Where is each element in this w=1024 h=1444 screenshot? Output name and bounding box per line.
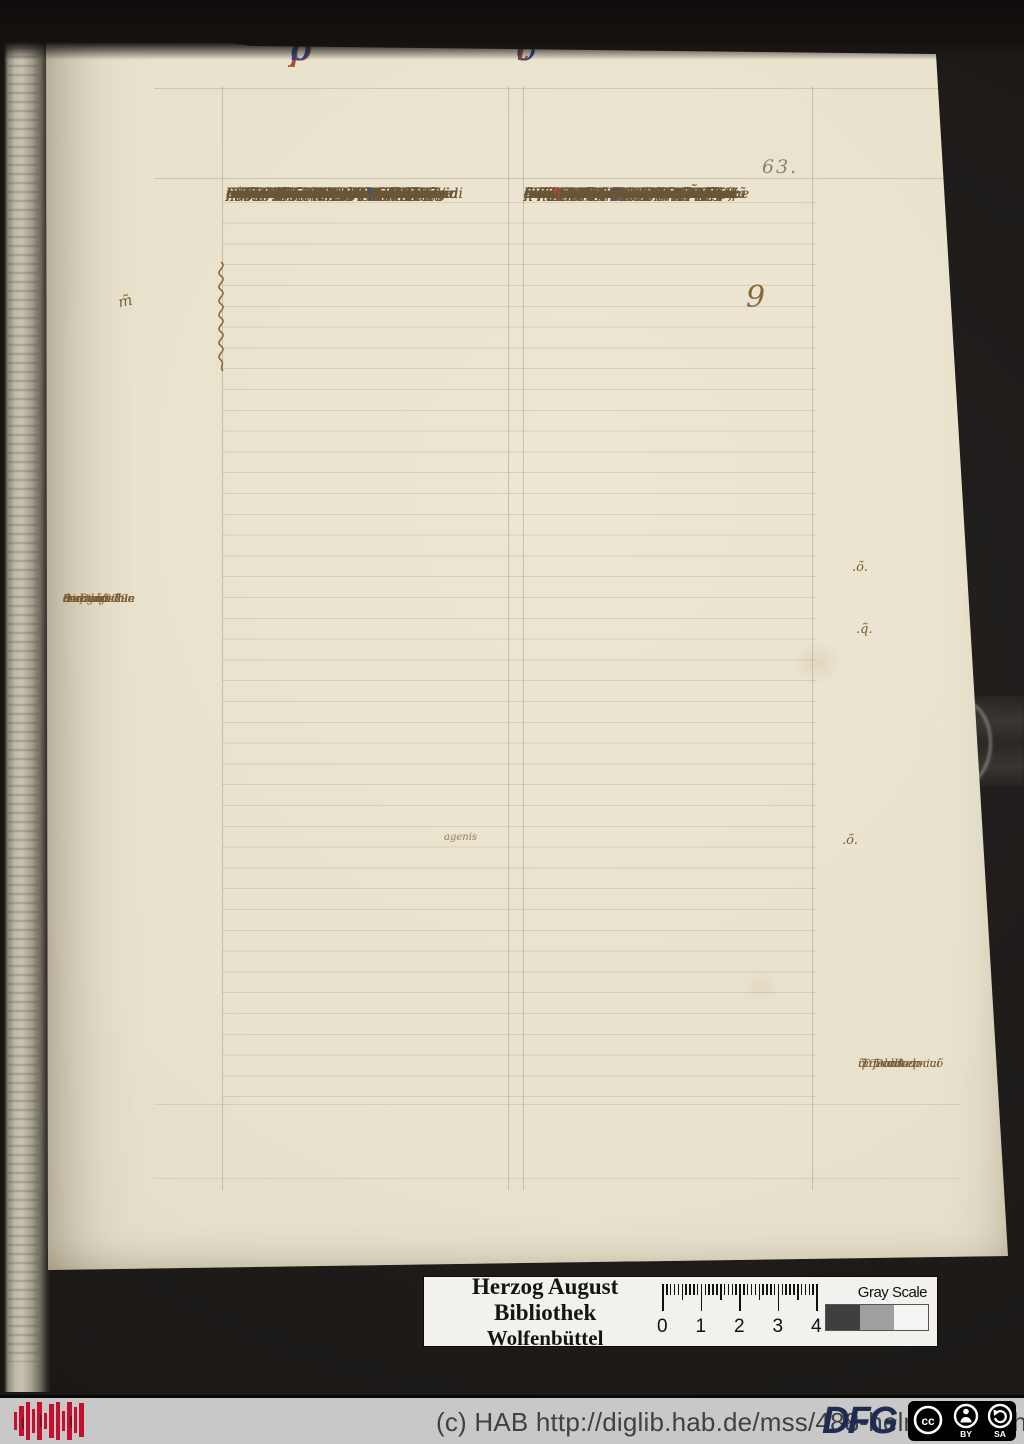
svg-text:SA: SA [994,1429,1006,1439]
ruler-tick [751,1284,753,1295]
gray-patch [826,1305,860,1330]
hab-barcode-logo [14,1401,88,1441]
gray-scale-patches [825,1304,929,1331]
svg-text:cc: cc [921,1414,935,1428]
ruler-tick [716,1284,718,1295]
manuscript-line: a hec ſaluent policias/ſi qʒ ſepe [524,184,749,205]
ruler-tick [766,1284,768,1295]
ruler-tick [747,1284,749,1295]
ruler-tick [705,1284,707,1295]
ruler-tick [816,1284,818,1311]
ruler-tick [809,1284,811,1295]
ruling-line [523,86,524,1190]
clip-loop [926,698,992,788]
ruler-tick [782,1284,784,1295]
ruler-tick [774,1284,776,1295]
ruler-number: 2 [734,1316,745,1338]
ruler-tick [762,1284,764,1295]
ruler-tick [812,1284,814,1295]
library-name: Herzog August Bibliothek Wolfenbüttel [434,1282,656,1341]
ruler-tick [674,1284,676,1295]
ruler-tick [720,1284,722,1300]
ruler-tick [682,1284,684,1300]
ruler-tick [770,1284,772,1295]
ruler-tick [778,1284,780,1311]
gray-scale-target: Gray Scale [825,1282,929,1341]
ruler-tick [662,1284,664,1311]
page-holder-clip [922,686,1024,798]
ruler-tick [805,1284,807,1295]
ruling-line [154,178,960,179]
ruler-tick [759,1284,761,1300]
interlinear-note: agenis [444,832,477,843]
gray-patch [894,1305,928,1330]
ruler-tick [678,1284,680,1295]
ruler-tick [708,1284,710,1295]
ruler-number: 3 [772,1316,783,1338]
ruling-line [508,86,509,1190]
ruling-grid [222,182,816,1100]
gray-scale-label: Gray Scale [858,1284,927,1301]
ruler-tick [685,1284,687,1295]
ruling-line [154,1178,960,1179]
dfg-logo: DFG [822,1400,896,1443]
ruler-number: 1 [695,1316,706,1338]
ruler-tick [670,1284,672,1295]
ruling-line [812,86,813,1190]
margin-note-line: & di. [63,592,90,606]
margin-m-mark: m̃ [116,291,134,312]
margin-note-line: impedit e [858,1056,913,1071]
ruler-tick [793,1284,795,1295]
book-fore-edge [0,0,50,1392]
ruling-line [222,86,223,1190]
running-title-letter: i [290,32,301,66]
ruler-tick [666,1284,668,1295]
hab-scale-bar: Herzog August Bibliothek Wolfenbüttel 01… [424,1277,937,1346]
ruler-tick [693,1284,695,1295]
margin-mark: .õ. [842,833,858,848]
by-person-icon [955,1405,977,1427]
cc-by-sa-icons: cc BY SA [908,1401,1016,1441]
ruler-tick [789,1284,791,1295]
library-name-line2: Wolfenbüttel [434,1326,656,1350]
ruler-tick [712,1284,714,1295]
ruler-tick [739,1284,741,1311]
ruler-number: 0 [657,1316,668,1338]
gray-patch [860,1305,894,1330]
cc-license-badge: cc BY SA [908,1401,1016,1441]
svg-text:BY: BY [960,1429,972,1439]
ruler-tick [724,1284,726,1295]
ruler-tick [801,1284,803,1295]
copyright-bar: (c) HAB http://diglib.hab.de/mss/488-hel… [0,1398,1024,1444]
margin-squiggle-ornament [211,260,231,372]
margin-mark: .q̃. [856,622,873,637]
ruler-tick [732,1284,734,1295]
library-name-line1: Herzog August Bibliothek [434,1274,656,1326]
manuscript-scan-photo: ſpoli ticor 63. ei omĩbʒ pñcipari democr… [0,0,1024,1444]
ruler-tick [755,1284,757,1295]
margin-mark: .õ. [852,560,868,575]
running-title-letter: r [516,32,532,66]
ruler-tick [785,1284,787,1295]
ruling-line [154,88,960,89]
ruler-tick [735,1284,737,1295]
ruler-number: 4 [811,1316,822,1338]
cm-ruler: 01234 [658,1282,817,1341]
margin-nine-mark: 9 [746,280,765,315]
ruler-tick [697,1284,699,1295]
folio-number: 63. [762,156,798,178]
ruler-tick [743,1284,745,1295]
parchment-page: ſpoli ticor 63. ei omĩbʒ pñcipari democr… [46,8,1012,1276]
ruler-tick [797,1284,799,1300]
ruler-tick [728,1284,730,1295]
sa-arrow-icon [989,1405,1011,1427]
ruler-tick [701,1284,703,1311]
manuscript-line: care hiis qui mĩa coĩcant poli [226,184,434,205]
ruler-tick [689,1284,691,1295]
ruling-line [154,1104,960,1105]
